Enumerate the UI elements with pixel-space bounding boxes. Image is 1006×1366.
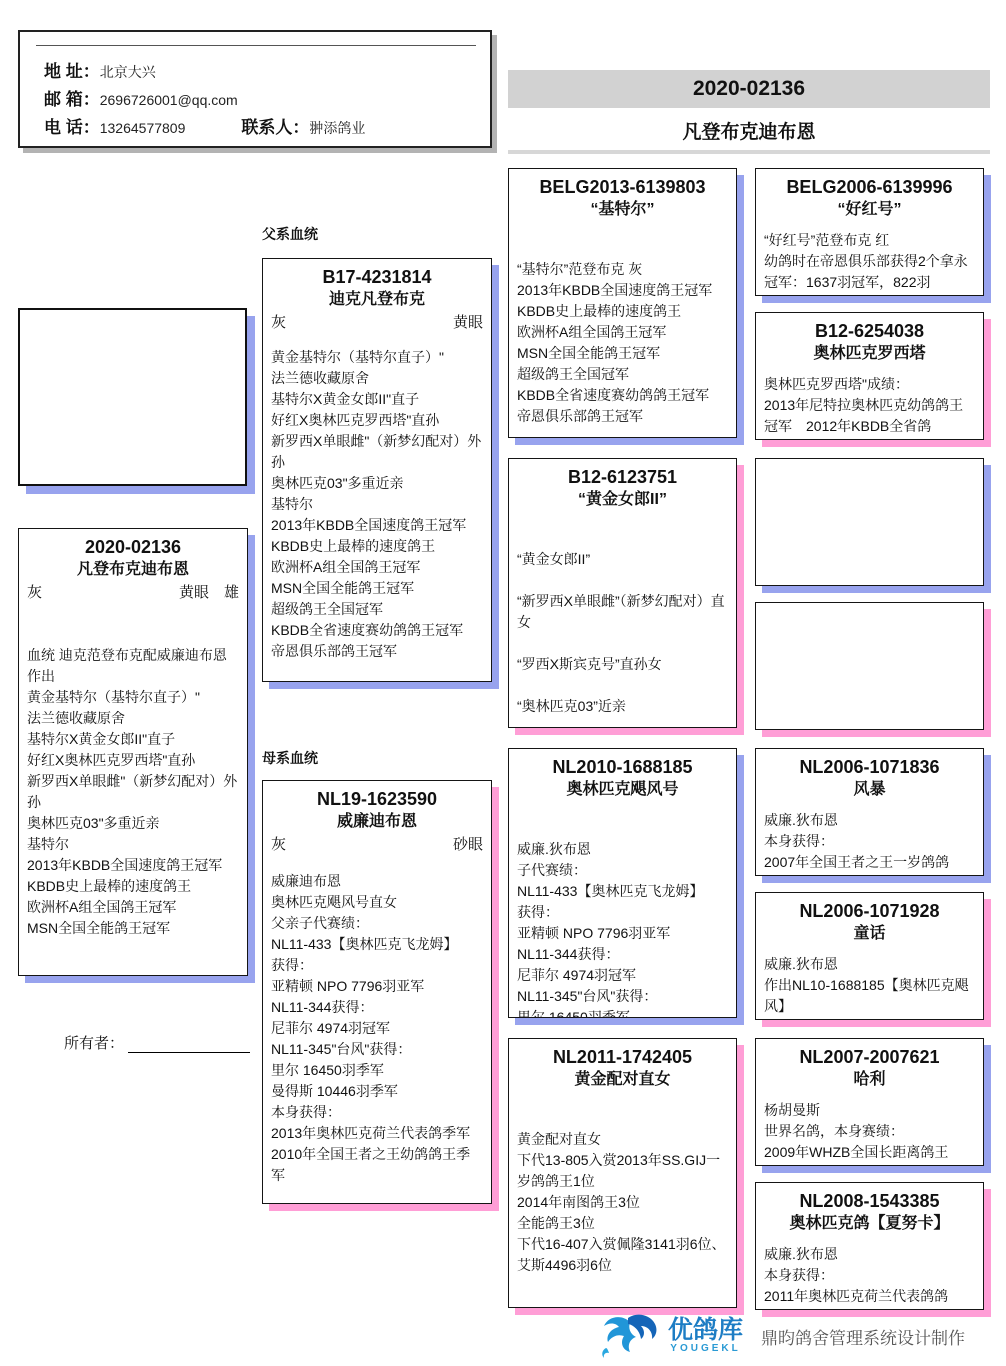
pigeon-name: “基特尔” <box>517 199 728 221</box>
contact-person-label: 联系人： <box>241 118 309 137</box>
main-traits-row: 灰 黄眼 雄 <box>27 583 239 603</box>
ring-number: NL2010-1688185 <box>517 755 728 779</box>
footer: 优鸽库 YOUGEKL 鼎昀鸽舍管理系统设计制作 <box>600 1310 965 1362</box>
owner-label: 所有者： <box>64 1035 124 1052</box>
ring-number: NL2006-1071928 <box>764 899 975 923</box>
pigeon-name: 哈利 <box>764 1069 975 1091</box>
great-grandparent-card: B12-6254038 奥林匹克罗西塔 奥林匹克罗西塔"成绩： 2013年尼特拉… <box>755 312 984 440</box>
address-row: 地 址：北京大兴 <box>44 58 480 86</box>
grandmother-maternal-card: NL2011-1742405 黄金配对直女 黄金配对直女 下代13-805入赏2… <box>508 1038 737 1308</box>
pigeon-name: 奥林匹克鸽【夏努卡】 <box>764 1213 975 1235</box>
ring-number: NL2011-1742405 <box>517 1045 728 1069</box>
mother-eye-color: 砂眼 <box>453 835 483 855</box>
pedigree-page: 地 址：北京大兴 邮 箱：2696726001@qq.com 电 话：13264… <box>0 0 1006 1366</box>
email-label: 邮 箱： <box>44 90 100 109</box>
pedigree-notes: 奥林匹克罗西塔"成绩： 2013年尼特拉奥林匹克幼鸽鸽王冠军 2012年KBDB… <box>764 374 975 437</box>
father-pigeon-name: 迪克凡登布克 <box>271 289 483 311</box>
pedigree-notes: 威廉.狄布恩 本身获得： 2011年奥林匹克荷兰代表鸽鸽 <box>764 1244 975 1307</box>
main-pedigree-notes: 血统 迪克范登布克配威廉迪布恩作出 黄金基特尔（基特尔直子）" 法兰德收藏原舍 … <box>27 645 239 939</box>
mother-feather-color: 灰 <box>271 835 286 855</box>
main-feather-color: 灰 <box>27 583 42 603</box>
ring-number: NL2008-1543385 <box>764 1189 975 1213</box>
header-ring-bar: 2020-02136 <box>508 70 990 108</box>
great-grandparent-card: NL2008-1543385 奥林匹克鸽【夏努卡】 威廉.狄布恩 本身获得： 2… <box>755 1182 984 1310</box>
logo-en-text: YOUGEKL <box>670 1343 740 1355</box>
father-pedigree-notes: 黄金基特尔（基特尔直子）" 法兰德收藏原舍 基特尔X黄金女郎II"直子 好红X奥… <box>271 347 483 662</box>
contact-person-value: 翀添鸽业 <box>309 120 365 136</box>
great-grandparent-card: NL2006-1071836 风暴 威廉.狄布恩 本身获得： 2007年全国王者… <box>755 748 984 876</box>
father-eye-color: 黄眼 <box>453 313 483 333</box>
ring-number: B12-6254038 <box>764 319 975 343</box>
father-feather-color: 灰 <box>271 313 286 333</box>
main-pigeon-name: 凡登布克迪布恩 <box>27 559 239 581</box>
pigeon-name: “好红号” <box>764 199 975 221</box>
owner-row: 所有者： <box>64 1032 250 1053</box>
pedigree-notes: 威廉.狄布恩 本身获得： 2007年全国王者之王一岁鸽鸽 <box>764 810 975 873</box>
contact-rows: 地 址：北京大兴 邮 箱：2696726001@qq.com 电 话：13264… <box>44 58 480 142</box>
father-ring-number: B17-4231814 <box>271 265 483 289</box>
great-grandparent-card-empty <box>755 458 984 586</box>
email-value: 2696726001@qq.com <box>100 92 238 108</box>
mother-pedigree-notes: 威廉迪布恩 奥林匹克飓风号直女 父亲子代赛绩： NL11-433【奥林匹克飞龙姆… <box>271 871 483 1186</box>
contact-box: 地 址：北京大兴 邮 箱：2696726001@qq.com 电 话：13264… <box>18 30 492 148</box>
logo-cn-text: 优鸽库 <box>668 1317 743 1343</box>
address-value: 北京大兴 <box>100 64 156 80</box>
mother-lineage-label: 母系血统 <box>262 748 318 768</box>
ring-number: B12-6123751 <box>517 465 728 489</box>
great-grandparent-card: BELG2006-6139996 “好红号” “好红号”范登布克 红 幼鸽时在帝… <box>755 168 984 296</box>
logo-text-block: 优鸽库 YOUGEKL <box>668 1317 743 1355</box>
email-row: 邮 箱：2696726001@qq.com <box>44 86 480 114</box>
main-eye-sex: 黄眼 雄 <box>179 583 239 603</box>
pedigree-notes: “黄金女郎II” “新罗西X单眼雌”（新梦幻配对）直女 “罗西X斯宾克号”直孙女… <box>517 549 728 717</box>
phone-row: 电 话：13264577809联系人：翀添鸽业 <box>44 114 480 142</box>
phone-label: 电 话： <box>44 118 100 137</box>
grandmother-paternal-card: B12-6123751 “黄金女郎II” “黄金女郎II” “新罗西X单眼雌”（… <box>508 458 737 728</box>
pigeon-name: 风暴 <box>764 779 975 801</box>
header-pigeon-name: 凡登布克迪布恩 <box>508 112 990 148</box>
pedigree-notes: “好红号”范登布克 红 幼鸽时在帝恩俱乐部获得2个拿永冠军：1637羽冠军，82… <box>764 230 975 293</box>
pedigree-notes: 黄金配对直女 下代13-805入赏2013年SS.GIJ一岁鸽鸽王1位 2014… <box>517 1129 728 1276</box>
father-lineage-label: 父系血统 <box>262 224 318 244</box>
pigeon-name: 奥林匹克罗西塔 <box>764 343 975 365</box>
pedigree-notes: “基特尔”范登布克 灰 2013年KBDB全国速度鸽王冠军 KBDB史上最棒的速… <box>517 259 728 427</box>
ring-number: NL2007-2007621 <box>764 1045 975 1069</box>
pedigree-notes: 威廉.狄布恩 作出NL10-1688185【奥林匹克飓风】 <box>764 954 975 1017</box>
great-grandparent-card: NL2007-2007621 哈利 杨胡曼斯 世界名鸽，本身赛绩： 2009年W… <box>755 1038 984 1166</box>
ring-number: BELG2006-6139996 <box>764 175 975 199</box>
address-label: 地 址： <box>44 62 100 81</box>
great-grandparent-card: NL2006-1071928 童话 威廉.狄布恩 作出NL10-1688185【… <box>755 892 984 1020</box>
great-grandparent-card-empty <box>755 602 984 730</box>
pigeon-name: 奥林匹克飓风号 <box>517 779 728 801</box>
header-underline <box>508 150 990 154</box>
grandfather-maternal-card: NL2010-1688185 奥林匹克飓风号 威廉.狄布恩 子代赛绩： NL11… <box>508 748 737 1018</box>
owner-signature-line <box>128 1038 250 1053</box>
ring-number: BELG2013-6139803 <box>517 175 728 199</box>
pedigree-notes: 威廉.狄布恩 子代赛绩： NL11-433【奥林匹克飞龙姆】 获得： 亚精顿 N… <box>517 839 728 1018</box>
pigeon-name: 童话 <box>764 923 975 945</box>
bird-logo-icon <box>600 1312 662 1360</box>
pigeon-name: 黄金配对直女 <box>517 1069 728 1091</box>
mother-card: NL19-1623590 威廉迪布恩 灰 砂眼 威廉迪布恩 奥林匹克飓风号直女 … <box>262 780 492 1204</box>
pigeon-name: “黄金女郎II” <box>517 489 728 511</box>
main-ring-number: 2020-02136 <box>27 535 239 559</box>
contact-divider <box>36 45 476 46</box>
father-card: B17-4231814 迪克凡登布克 灰 黄眼 黄金基特尔（基特尔直子）" 法兰… <box>262 258 492 682</box>
phone-value: 13264577809 <box>100 120 186 136</box>
mother-pigeon-name: 威廉迪布恩 <box>271 811 483 833</box>
mother-ring-number: NL19-1623590 <box>271 787 483 811</box>
mother-traits-row: 灰 砂眼 <box>271 835 483 855</box>
ring-number: NL2006-1071836 <box>764 755 975 779</box>
footer-credit-text: 鼎昀鸽舍管理系统设计制作 <box>761 1324 965 1349</box>
father-traits-row: 灰 黄眼 <box>271 313 483 333</box>
pedigree-notes: 杨胡曼斯 世界名鸽，本身赛绩： 2009年WHZB全国长距离鸽王 <box>764 1100 975 1163</box>
photo-placeholder <box>18 308 247 486</box>
grandfather-paternal-card: BELG2013-6139803 “基特尔” “基特尔”范登布克 灰 2013年… <box>508 168 737 438</box>
main-pigeon-card: 2020-02136 凡登布克迪布恩 灰 黄眼 雄 血统 迪克范登布克配威廉迪布… <box>18 528 248 976</box>
